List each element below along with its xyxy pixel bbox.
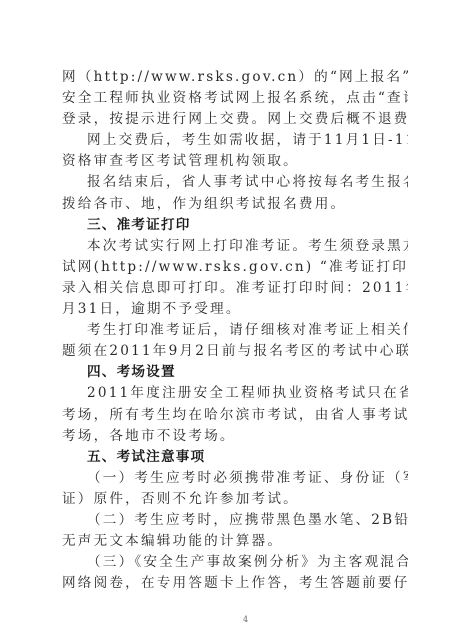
text-line: 2011年度注册安全工程师执业资格考试只在省直考区设置 bbox=[62, 383, 408, 404]
text-line: 考场，所有考生均在哈尔滨市考试，由省人事考试中心统一设置 bbox=[62, 405, 408, 426]
text-line: 考生打印准考证后，请仔细核对准考证上相关信息，如有问 bbox=[62, 320, 408, 341]
section-heading: 五、考试注意事项 bbox=[62, 447, 408, 468]
text-line: 本次考试实行网上打印准考证。考生须登录黑龙江省人事考 bbox=[62, 236, 408, 257]
text-line: 题须在2011年9月2日前与报名考区的考试中心联系。 bbox=[62, 341, 408, 362]
text-line: 考场，各地市不设考场。 bbox=[62, 426, 408, 447]
text-line: 登录，按提示进行网上交费。网上交费后概不退费。 bbox=[62, 109, 408, 130]
text-line: 网上交费后，考生如需收据，请于11月1日-11月4日到 bbox=[62, 130, 408, 151]
document-page: 网（http://www.rsks.gov.cn）的“网上报名”栏目，进入注册安… bbox=[0, 0, 463, 635]
text-line: 拨给各市、地，作为组织考试报名费用。 bbox=[62, 194, 408, 215]
section-heading: 三、准考证打印 bbox=[62, 215, 408, 236]
text-line: 无声无文本编辑功能的计算器。 bbox=[62, 531, 408, 552]
document-body: 网（http://www.rsks.gov.cn）的“网上报名”栏目，进入注册安… bbox=[62, 67, 408, 594]
text-line: （一）考生应考时必须携带准考证、身份证（军人可持军官 bbox=[62, 468, 408, 489]
section-heading: 四、考场设置 bbox=[62, 362, 408, 383]
text-line: 网（http://www.rsks.gov.cn）的“网上报名”栏目，进入注册 bbox=[62, 67, 408, 88]
text-line: 网络阅卷，在专用答题卡上作答，考生答题前要仔细阅读应试人 bbox=[62, 573, 408, 594]
text-line: 录入相关信息即可打印。准考证打印时间：2011年8月26日－8 bbox=[62, 278, 408, 299]
text-line: （三）《安全生产事故案例分析》为主客观混合试卷，采用 bbox=[62, 552, 408, 573]
text-line: 安全工程师执业资格考试网上报名系统，点击“查询修改”重新 bbox=[62, 88, 408, 109]
text-line: 报名结束后，省人事考试中心将按每名考生报名费15元下 bbox=[62, 172, 408, 193]
text-line: 月31日，逾期不予受理。 bbox=[62, 299, 408, 320]
text-line: 证）原件，否则不允许参加考试。 bbox=[62, 489, 408, 510]
page-number: 4 bbox=[243, 615, 248, 624]
text-line: 资格审查考区考试管理机构领取。 bbox=[62, 151, 408, 172]
text-line: （二）考生应考时，应携带黑色墨水笔、2B铅笔、橡皮、 bbox=[62, 510, 408, 531]
text-line: 试网(http://www.rsks.gov.cn) “准考证打印”栏目，按要求 bbox=[62, 257, 408, 278]
